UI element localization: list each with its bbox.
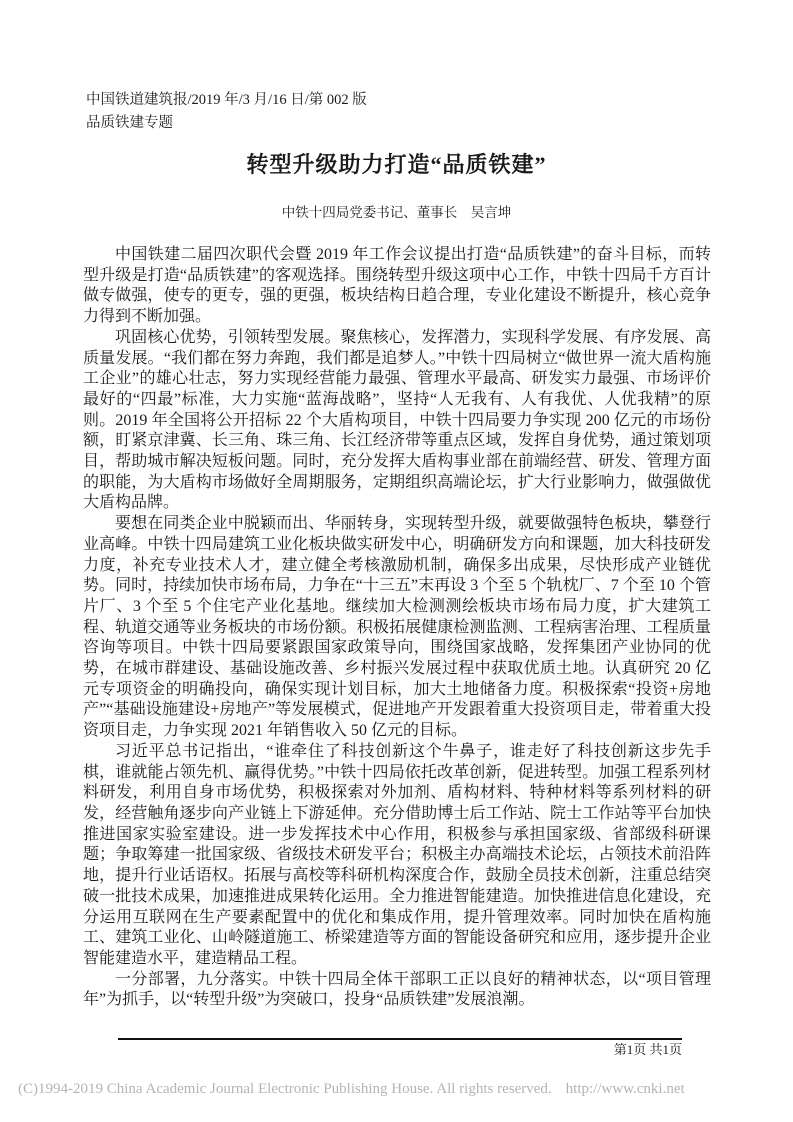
article-byline: 中铁十四局党委书记、董事长 吴言坤 xyxy=(0,203,793,223)
document-page: 中国铁道建筑报/2019 年/3 月/16 日/第 002 版 品质铁建专题 转… xyxy=(0,0,793,1122)
copyright-watermark: (C)1994-2019 China Academic Journal Elec… xyxy=(18,1080,778,1099)
article-paragraph: 中国铁建二届四次职代会暨 2019 年工作会议提出打造“品质铁建”的奋斗目标，而… xyxy=(83,245,711,328)
cnki-url: http://www.cnki.net xyxy=(566,1081,685,1097)
publication-topic-line: 品质铁建专题 xyxy=(86,112,367,135)
page-number-indicator: 第1页 共1页 xyxy=(118,1041,682,1058)
article-body: 中国铁建二届四次职代会暨 2019 年工作会议提出打造“品质铁建”的奋斗目标，而… xyxy=(83,245,711,1011)
article-title: 转型升级助力打造“品质铁建” xyxy=(0,150,793,180)
article-paragraph: 一分部署，九分落实。中铁十四局全体干部职工正以良好的精神状态，以“项目管理年”为… xyxy=(83,970,711,1011)
article-paragraph: 巩固核心优势，引领转型发展。聚焦核心，发挥潜力，实现科学发展、有序发展、高质量发… xyxy=(83,328,711,514)
publication-source-line: 中国铁道建筑报/2019 年/3 月/16 日/第 002 版 xyxy=(86,89,367,112)
footer-divider-line xyxy=(118,1038,682,1040)
document-header: 中国铁道建筑报/2019 年/3 月/16 日/第 002 版 品质铁建专题 xyxy=(86,89,367,135)
article-paragraph: 习近平总书记指出，“谁牵住了科技创新这个牛鼻子，谁走好了科技创新这步先手棋，谁就… xyxy=(83,742,711,970)
copyright-notice: (C)1994-2019 China Academic Journal Elec… xyxy=(18,1081,552,1097)
article-paragraph: 要想在同类企业中脱颖而出、华丽转身，实现转型升级，就要做强特色板块，攀登行业高峰… xyxy=(83,514,711,742)
